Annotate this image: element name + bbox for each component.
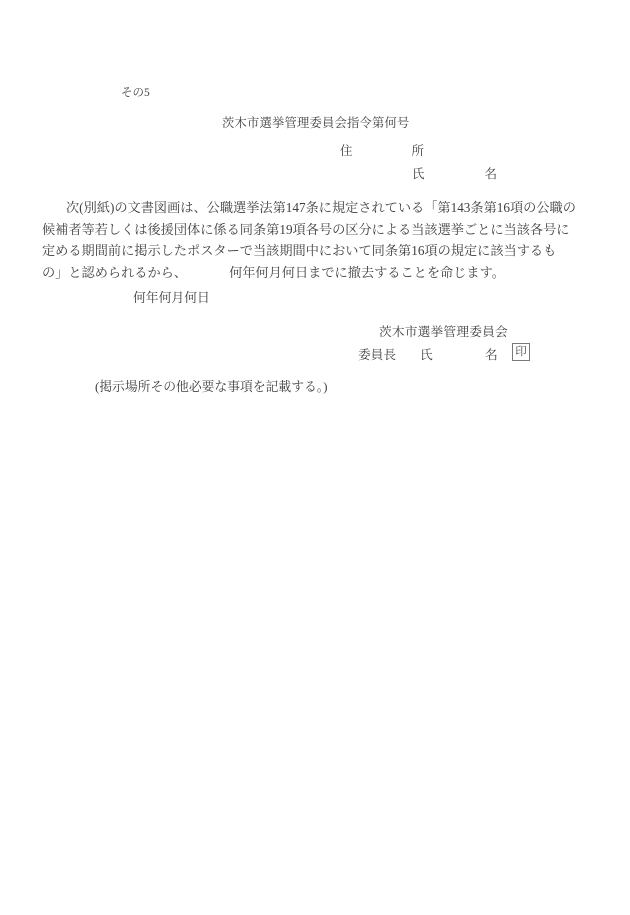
body-line-4-lead: の」と認められるから、 <box>42 265 187 280</box>
body-line-2: 候補者等若しくは後援団体に係る同条第19項各号の区分による当該選挙ごとに当該各号… <box>42 219 608 241</box>
body-line-1: 次(別紙)の文書図画は、公職選挙法第147条に規定されている「第143条第16項… <box>42 197 608 219</box>
footnote-instruction: (掲示場所その他必要な事項を記載する。) <box>95 376 327 395</box>
body-line-3: 定める期間前に掲示したポスターで当該期間中において同条第16項の規定に該当するも <box>42 240 608 262</box>
body-paragraph: 次(別紙)の文書図画は、公職選挙法第147条に規定されている「第143条第16項… <box>42 197 608 283</box>
chair-title-label: 委員長 <box>358 344 396 363</box>
givenname-placeholder: 名 <box>485 344 498 363</box>
recipient-name-label: 氏名 <box>412 164 557 182</box>
document-page: その5 茨木市選挙管理委員会指令第何号 住所 氏名 次(別紙)の文書図画は、公職… <box>0 0 630 915</box>
body-line-4-continuation: 何年何月何日までに撤去することを命じます。 <box>229 265 505 280</box>
recipient-address-label: 住所 <box>340 141 483 159</box>
seal-stamp-box: 印 <box>512 343 530 361</box>
page-number-label: その5 <box>121 84 150 100</box>
chairperson-signature-line: 委員長 氏 名 印 <box>0 344 630 364</box>
issuer-organization: 茨木市選挙管理委員会 <box>379 321 508 340</box>
surname-placeholder: 氏 <box>420 344 433 363</box>
body-line-4: の」と認められるから、何年何月何日までに撤去することを命じます。 <box>42 262 608 284</box>
date-placeholder: 何年何月何日 <box>133 287 210 306</box>
document-title: 茨木市選挙管理委員会指令第何号 <box>222 113 409 131</box>
